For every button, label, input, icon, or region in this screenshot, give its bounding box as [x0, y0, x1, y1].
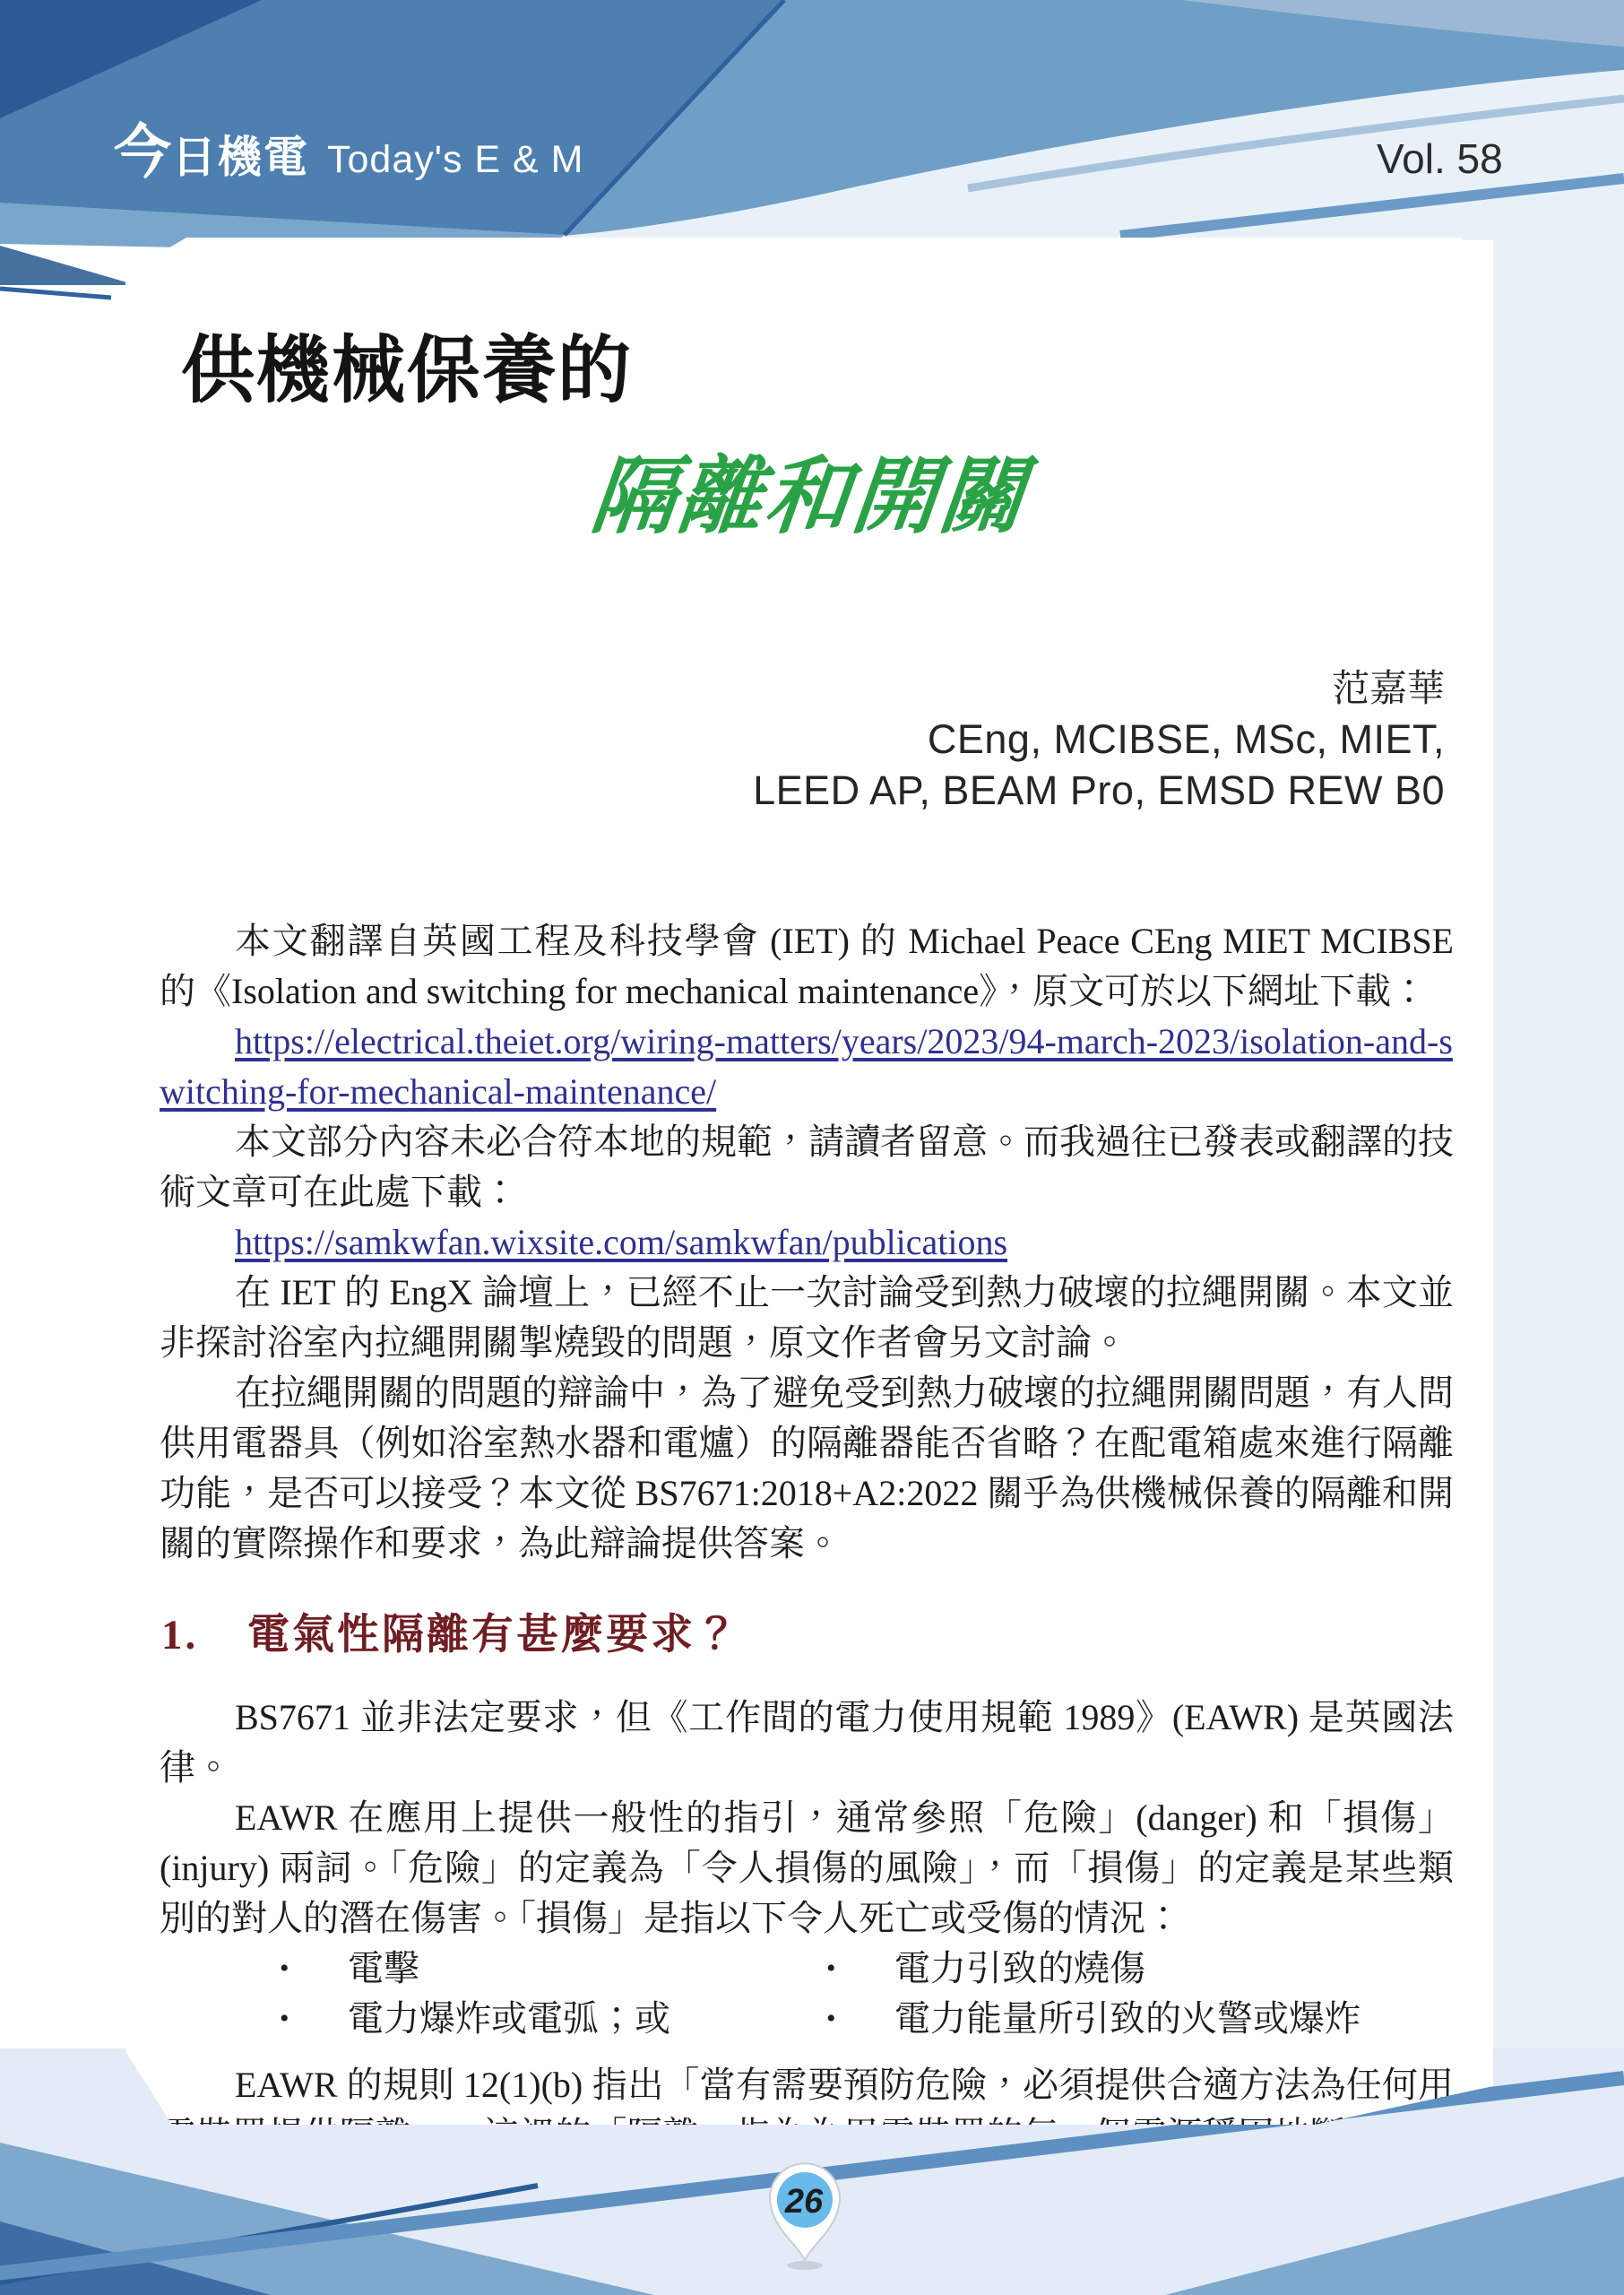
paragraph-intro-3: 在 IET 的 EngX 論壇上，已經不止一次討論受到熱力破壞的拉繩開關。本文並… — [160, 1268, 1454, 1368]
page-number: 26 — [784, 2183, 824, 2221]
author-credentials-2: LEED AP, BEAM Pro, EMSD REW B0 — [753, 765, 1445, 816]
section-1-title: 電氣性隔離有甚麼要求？ — [247, 1610, 740, 1660]
header-small-line — [0, 289, 111, 298]
link-line-2: https://samkwfan.wixsite.com/samkwfan/pu… — [160, 1217, 1454, 1268]
paragraph-intro-2: 本文部分內容未必合符本地的規範，請讀者留意。而我過往已發表或翻譯的技術文章可在此… — [160, 1117, 1454, 1217]
logo-cjk-first: 今 — [113, 122, 172, 181]
section-1-heading: 1. 電氣性隔離有甚麼要求？ — [161, 1610, 1454, 1660]
author-block: 范嘉華 CEng, MCIBSE, MSc, MIET, LEED AP, BE… — [753, 663, 1445, 816]
list-item: 電擊 — [280, 1944, 826, 1994]
link-line-1: https://electrical.theiet.org/wiring-mat… — [160, 1017, 1454, 1117]
paragraph-intro-4: 在拉繩開關的問題的辯論中，為了避免受到熱力破壞的拉繩開關問題，有人問供用電器具（… — [160, 1368, 1454, 1569]
article-card: 供機械保養的 隔離和開關 范嘉華 CEng, MCIBSE, MSc, MIET… — [125, 238, 1493, 2125]
right-margin-band — [1493, 0, 1624, 2295]
link-iet-article[interactable]: https://electrical.theiet.org/wiring-mat… — [160, 1021, 1453, 1112]
pin-shadow-icon — [787, 2261, 823, 2270]
bullet-text: 電力爆炸或電弧；或 — [348, 1994, 670, 2044]
link-publications[interactable]: https://samkwfan.wixsite.com/samkwfan/pu… — [235, 1222, 1007, 1262]
bullet-text: 電力能量所引致的火警或爆炸 — [894, 1994, 1361, 2044]
injury-bullet-list: 電擊 電力引致的燒傷 電力爆炸或電弧；或 電力能量所引致的火警或爆炸 — [280, 1944, 1454, 2044]
article-subtitle: 隔離和開關 — [587, 453, 1031, 541]
bullet-text: 電擊 — [348, 1944, 419, 1994]
article-title: 供機械保養的 — [181, 331, 633, 411]
list-item: 電力引致的燒傷 — [826, 1944, 1454, 1994]
section-1-paragraph-1: BS7671 並非法定要求，但《工作間的電力使用規範 1989》(EAWR) 是… — [160, 1693, 1454, 1793]
magazine-page: 26 今日機電 Today's E & M Vol. 58 供機械保養的 隔離和… — [0, 0, 1624, 2295]
section-1-number: 1. — [161, 1610, 247, 1660]
header-deep-triangle — [0, 246, 136, 285]
magazine-logo: 今日機電 Today's E & M — [113, 122, 584, 181]
volume-label: Vol. 58 — [1377, 134, 1503, 183]
bullet-text: 電力引致的燒傷 — [894, 1944, 1145, 1994]
author-credentials-1: CEng, MCIBSE, MSc, MIET, — [753, 714, 1445, 765]
logo-english: Today's E & M — [327, 141, 583, 179]
paragraph-intro-1: 本文翻譯自英國工程及科技學會 (IET) 的 Michael Peace CEn… — [160, 916, 1454, 1017]
list-item: 電力爆炸或電弧；或 — [280, 1994, 826, 2044]
author-name: 范嘉華 — [753, 663, 1445, 714]
logo-cjk-rest: 日機電 — [172, 136, 309, 180]
article-body: 本文翻譯自英國工程及科技學會 (IET) 的 Michael Peace CEn… — [160, 916, 1454, 2211]
list-item: 電力能量所引致的火警或爆炸 — [826, 1994, 1454, 2044]
section-1-paragraph-2: EAWR 在應用上提供一般性的指引，通常參照「危險」(danger) 和「損傷」… — [160, 1793, 1454, 1944]
